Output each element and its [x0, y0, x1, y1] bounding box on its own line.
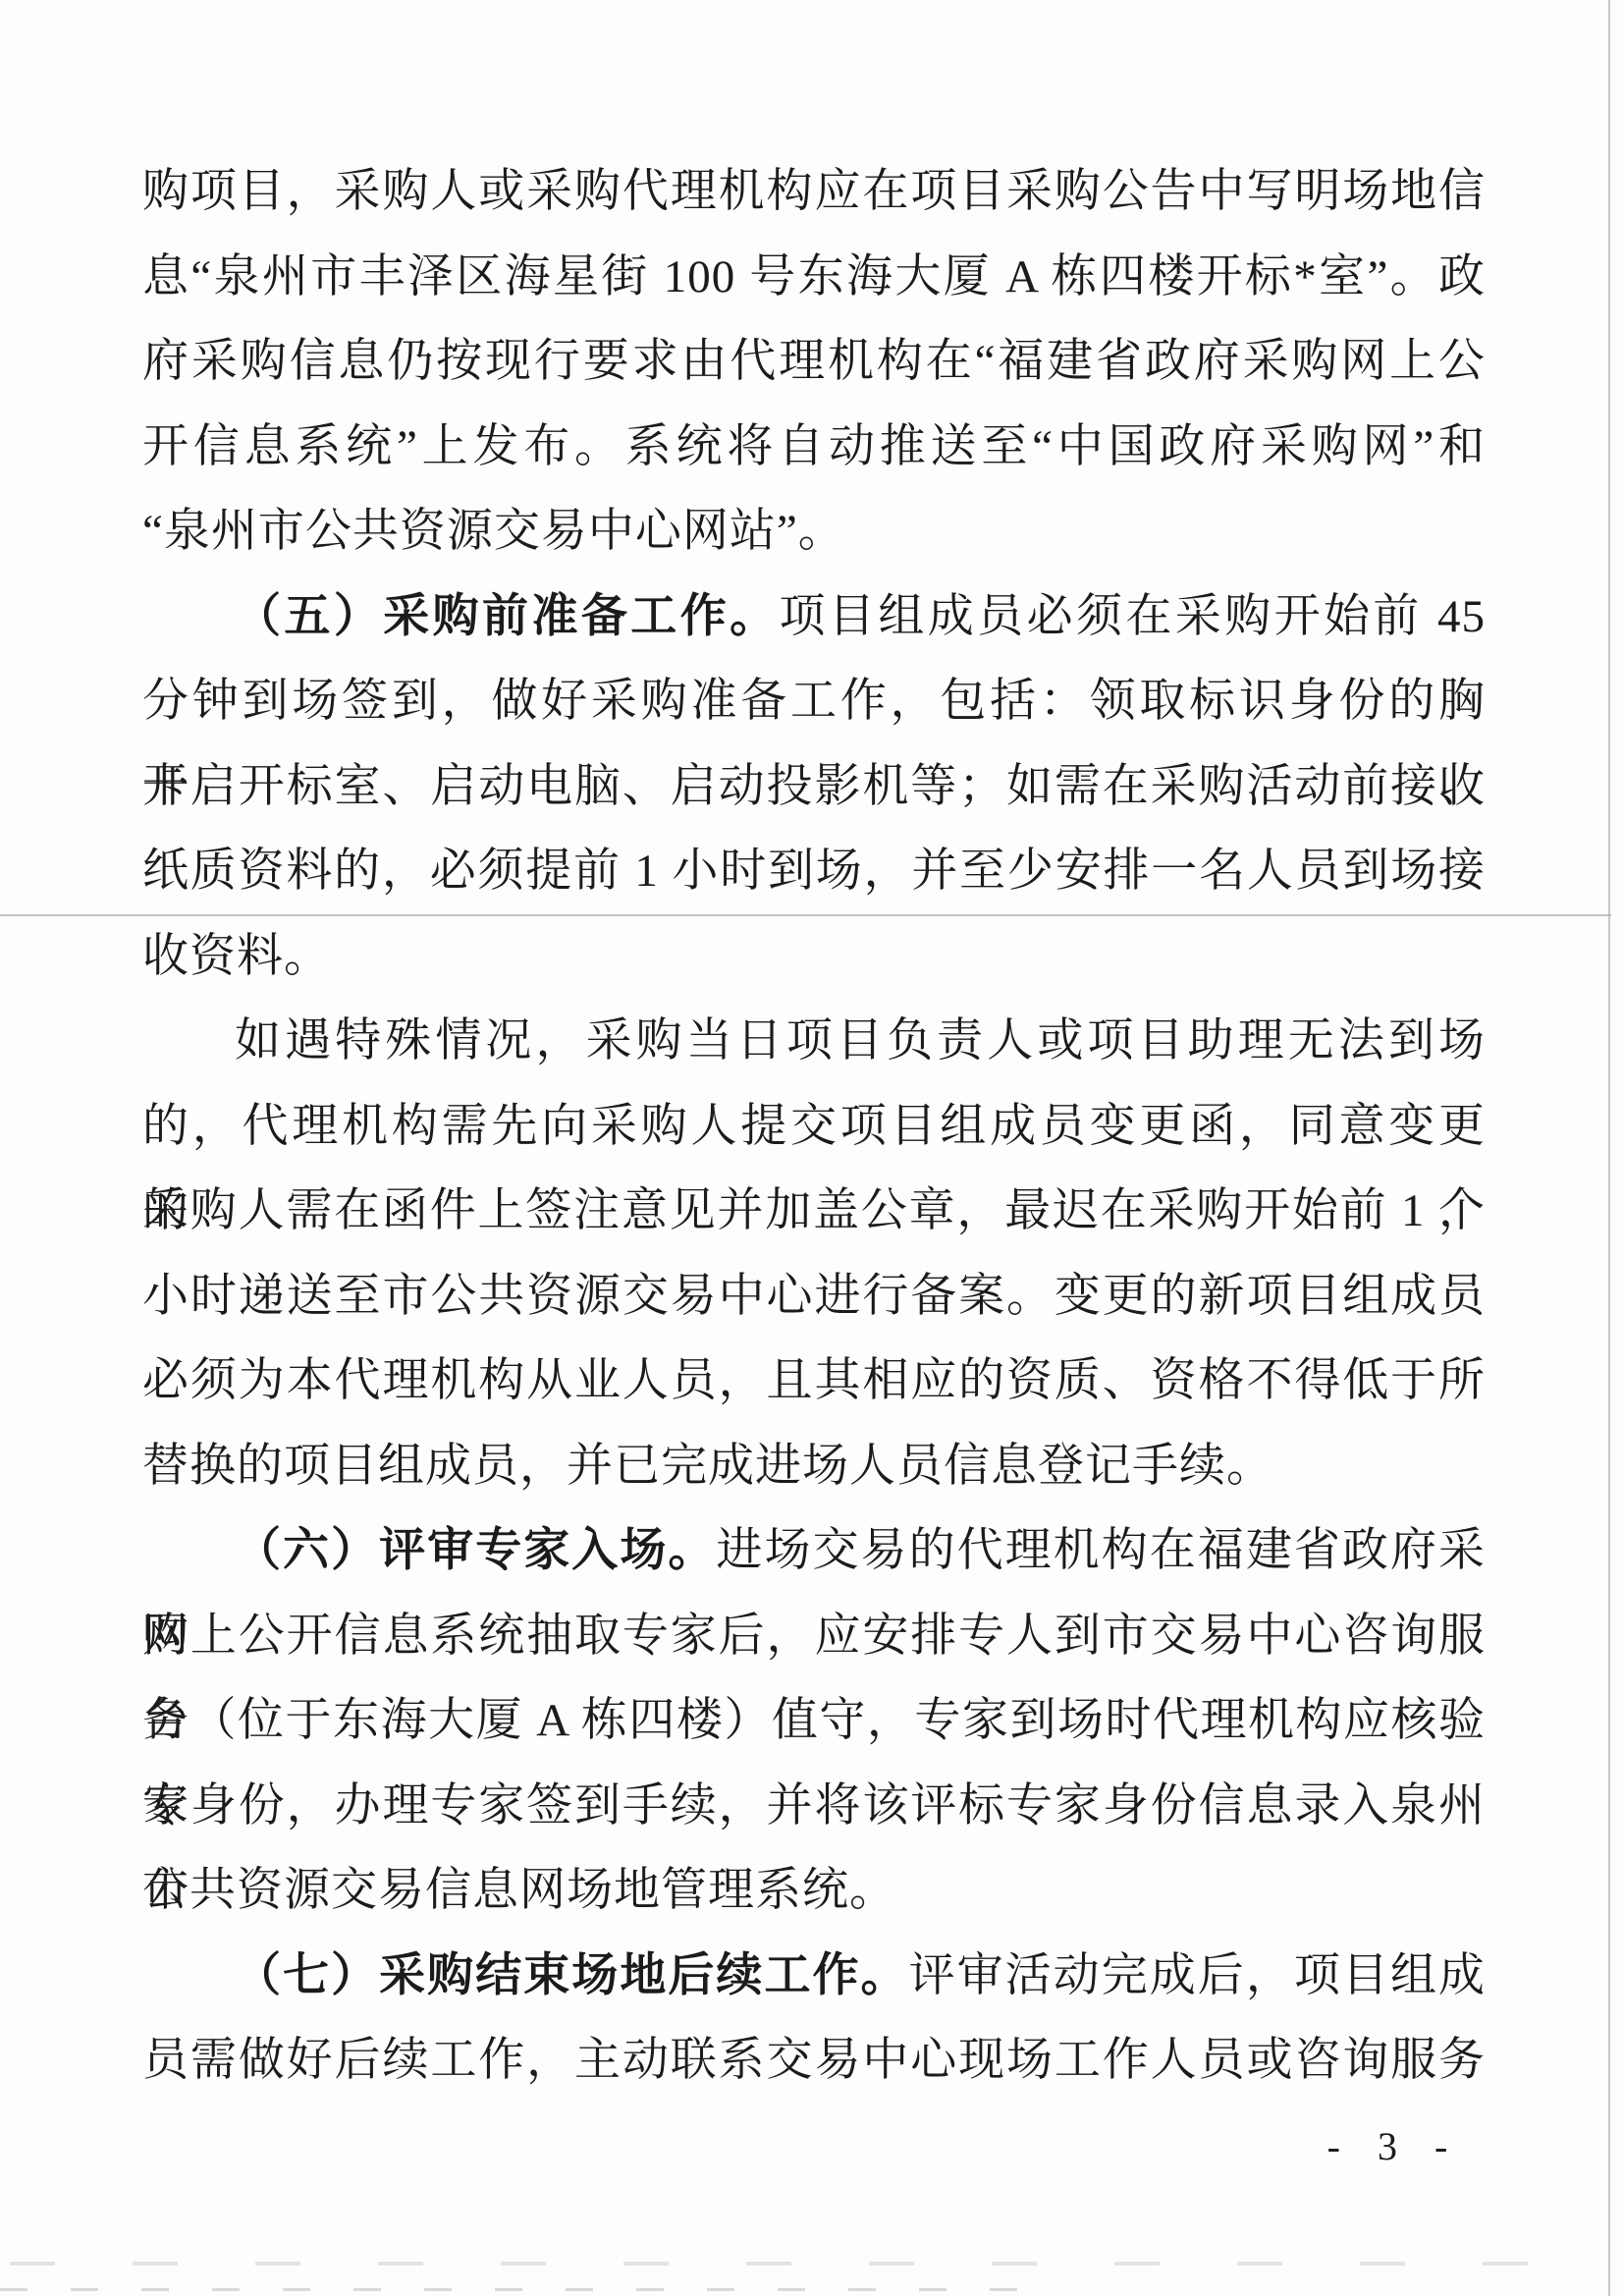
- text-line: 公共资源交易信息网场地管理系统。: [142, 1848, 1486, 1934]
- text-line: 小时递送至市公共资源交易中心进行备案。变更的新项目组成员: [142, 1254, 1486, 1339]
- text-line: 员需做好后续工作，主动联系交易中心现场工作人员或咨询服务: [142, 2018, 1486, 2104]
- document-text-block: 购项目，采购人或采购代理机构应在项目采购公告中写明场地信息“泉州市丰泽区海星街 …: [142, 149, 1486, 2104]
- text-line: 如遇特殊情况，采购当日项目负责人或项目助理无法到场: [142, 999, 1486, 1084]
- text-line: 息“泉州市丰泽区海星街 100 号东海大厦 A 栋四楼开标*室”。政: [142, 235, 1486, 320]
- text-line: 纸质资料的，必须提前 1 小时到场，并至少安排一名人员到场接: [142, 829, 1486, 914]
- text-line: 网上公开信息系统抽取专家后，应安排专人到市交易中心咨询服务: [142, 1594, 1486, 1679]
- text-line: 府采购信息仍按现行要求由代理机构在“福建省政府采购网上公: [142, 319, 1486, 405]
- text-line: 家身份，办理专家签到手续，并将该评标专家身份信息录入泉州市: [142, 1764, 1486, 1849]
- text-line: 分钟到场签到，做好采购准备工作，包括：领取标识身份的胸卡、: [142, 659, 1486, 744]
- text-line: （六）评审专家入场。进场交易的代理机构在福建省政府采购: [142, 1508, 1486, 1594]
- text-line: 开启开标室、启动电脑、启动投影机等；如需在采购活动前接收: [142, 744, 1486, 830]
- scan-artifact-vertical-line: [1608, 0, 1610, 2296]
- scan-artifact-dashes: [10, 2262, 1542, 2266]
- text-line: 替换的项目组成员，并已完成进场人员信息登记手续。: [142, 1424, 1486, 1509]
- document-page: 购项目，采购人或采购代理机构应在项目采购公告中写明场地信息“泉州市丰泽区海星街 …: [0, 0, 1623, 2296]
- section-heading: （五）采购前准备工作。: [235, 591, 780, 642]
- text-line: 开信息系统”上发布。系统将自动推送至“中国政府采购网”和: [142, 405, 1486, 490]
- scan-artifact-dashes: [0, 2288, 1041, 2291]
- section-heading: （七）采购结束场地后续工作。: [235, 1950, 909, 2001]
- text-line: 购项目，采购人或采购代理机构应在项目采购公告中写明场地信: [142, 149, 1486, 235]
- text-line: 收资料。: [142, 914, 1486, 1000]
- text-line: （七）采购结束场地后续工作。评审活动完成后，项目组成: [142, 1934, 1486, 2019]
- page-number: - 3 -: [1286, 2123, 1502, 2169]
- text-line: “泉州市公共资源交易中心网站”。: [142, 489, 1486, 574]
- text-line: （五）采购前准备工作。项目组成员必须在采购开始前 45: [142, 574, 1486, 660]
- text-line: 的，代理机构需先向采购人提交项目组成员变更函，同意变更的，: [142, 1084, 1486, 1170]
- text-line: 台（位于东海大厦 A 栋四楼）值守，专家到场时代理机构应核验专: [142, 1678, 1486, 1764]
- text-line: 必须为本代理机构从业人员，且其相应的资质、资格不得低于所: [142, 1339, 1486, 1424]
- section-heading: （六）评审专家入场。: [235, 1525, 716, 1576]
- text-line: 采购人需在函件上签注意见并加盖公章，最迟在采购开始前 1 个: [142, 1169, 1486, 1254]
